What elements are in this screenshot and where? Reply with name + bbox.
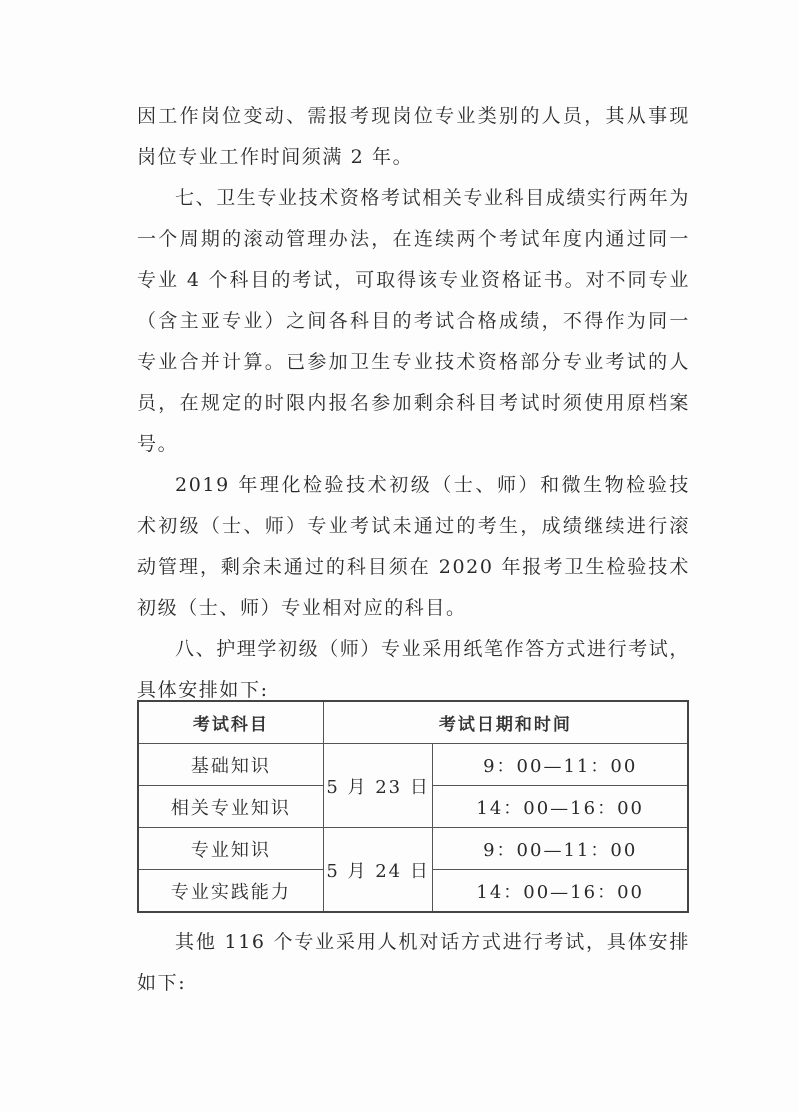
subject-cell: 基础知识 [138,744,323,786]
document-body: 因工作岗位变动、需报考现岗位专业类别的人员，其从事现岗位专业工作时间须满 2 年… [137,96,690,711]
paragraph-section-7: 七、卫生专业技术资格考试相关专业科目成绩实行两年为一个周期的滚动管理办法，在连续… [137,178,690,465]
subject-cell: 专业实践能力 [138,870,323,913]
after-table-section: 其他 116 个专业采用人机对话方式进行考试，具体安排如下: [137,922,690,1004]
time-cell: 9：00—11：00 [433,744,688,786]
header-date-time: 考试日期和时间 [323,701,688,744]
time-cell: 14：00—16：00 [433,870,688,913]
time-cell: 14：00—16：00 [433,786,688,828]
date-cell: 5 月 24 日 [323,828,433,913]
paragraph-2019-exam-rollover: 2019 年理化检验技术初级（士、师）和微生物检验技术初级（士、师）专业考试未通… [137,465,690,629]
subject-cell: 专业知识 [138,828,323,870]
paragraph-qualification-time: 因工作岗位变动、需报考现岗位专业类别的人员，其从事现岗位专业工作时间须满 2 年… [137,96,690,178]
paragraph-section-8: 八、护理学初级（师）专业采用纸笔作答方式进行考试，具体安排如下: [137,629,690,711]
table-row: 专业知识 5 月 24 日 9：00—11：00 [138,828,688,870]
table-header-row: 考试科目 考试日期和时间 [138,701,688,744]
date-cell: 5 月 23 日 [323,744,433,828]
subject-cell: 相关专业知识 [138,786,323,828]
header-subject: 考试科目 [138,701,323,744]
exam-schedule-table: 考试科目 考试日期和时间 基础知识 5 月 23 日 9：00—11：00 相关… [137,700,689,913]
time-cell: 9：00—11：00 [433,828,688,870]
paragraph-other-116-specialties: 其他 116 个专业采用人机对话方式进行考试，具体安排如下: [137,922,690,1004]
table-row: 基础知识 5 月 23 日 9：00—11：00 [138,744,688,786]
exam-schedule-table-container: 考试科目 考试日期和时间 基础知识 5 月 23 日 9：00—11：00 相关… [137,700,689,913]
